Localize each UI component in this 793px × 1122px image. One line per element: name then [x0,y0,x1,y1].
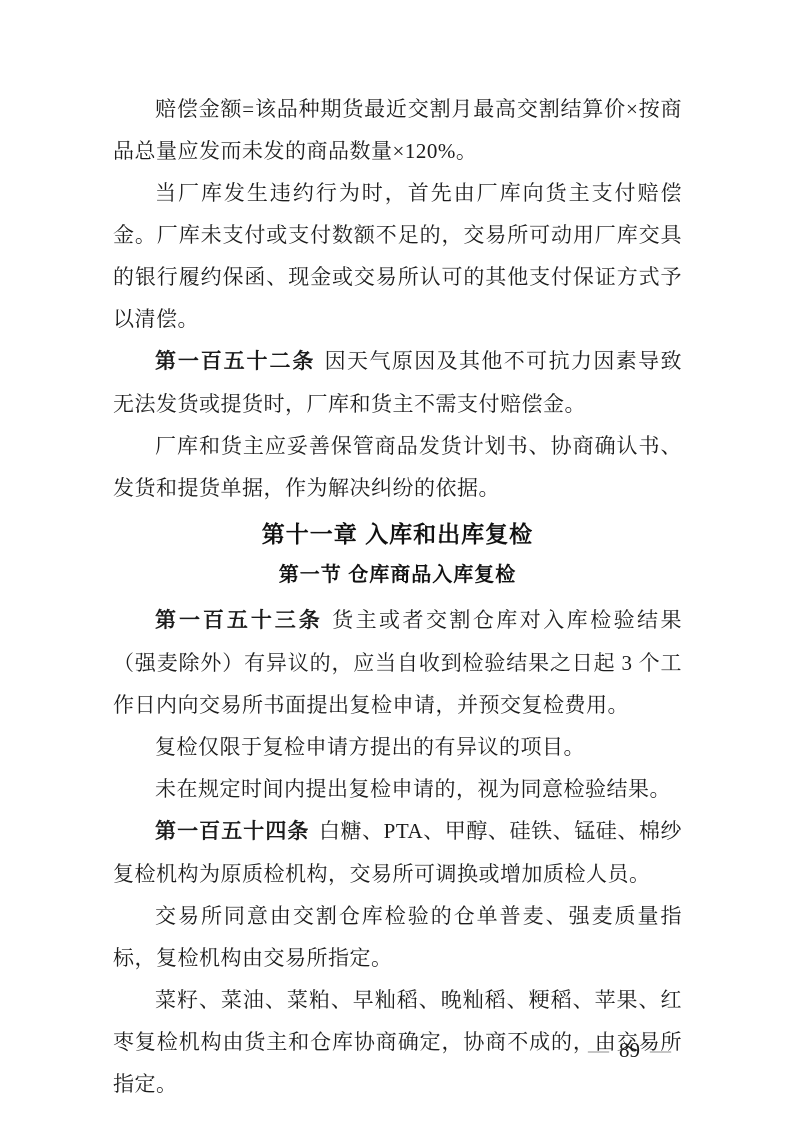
page-number: 89 [619,1038,640,1062]
article-153-label: 第一百五十三条 [155,609,323,632]
paragraph-warehouse-default: 当厂库发生违约行为时，首先由厂库向货主支付赔偿金。厂库未支付或支付数额不足的，交… [113,172,682,340]
article-154-label: 第一百五十四条 [155,820,310,843]
document-page: 赔偿金额=该品种期货最近交割月最高交割结算价×按商品总量应发而未发的商品数量×1… [0,0,793,1122]
article-152-label: 第一百五十二条 [155,350,315,373]
paragraph-recheck-deadline: 未在规定时间内提出复检申请的，视为同意检验结果。 [113,768,682,810]
paragraph-compensation-formula: 赔偿金额=该品种期货最近交割月最高交割结算价×按商品总量应发而未发的商品数量×1… [113,88,682,172]
footer-left-dash: — [578,1038,619,1062]
chapter-heading: 第十一章 入库和出库复检 [113,513,682,555]
paragraph-article-153: 第一百五十三条货主或者交割仓库对入库检验结果（强麦除外）有异议的，应当自收到检验… [113,599,682,726]
paragraph-recheck-scope: 复检仅限于复检申请方提出的有异议的项目。 [113,726,682,768]
footer-right-dash: — [640,1038,681,1062]
paragraph-wheat-recheck: 交易所同意由交割仓库检验的仓单普麦、强麦质量指标，复检机构由交易所指定。 [113,895,682,979]
page-footer: —89— [578,1038,681,1062]
paragraph-document-keeping: 厂库和货主应妥善保管商品发货计划书、协商确认书、发货和提货单据，作为解决纠纷的依… [113,425,682,509]
paragraph-article-152: 第一百五十二条因天气原因及其他不可抗力因素导致无法发货或提货时，厂库和货主不需支… [113,340,682,425]
paragraph-article-154: 第一百五十四条白糖、PTA、甲醇、硅铁、锰硅、棉纱复检机构为原质检机构，交易所可… [113,810,682,895]
section-heading: 第一节 仓库商品入库复检 [113,555,682,595]
